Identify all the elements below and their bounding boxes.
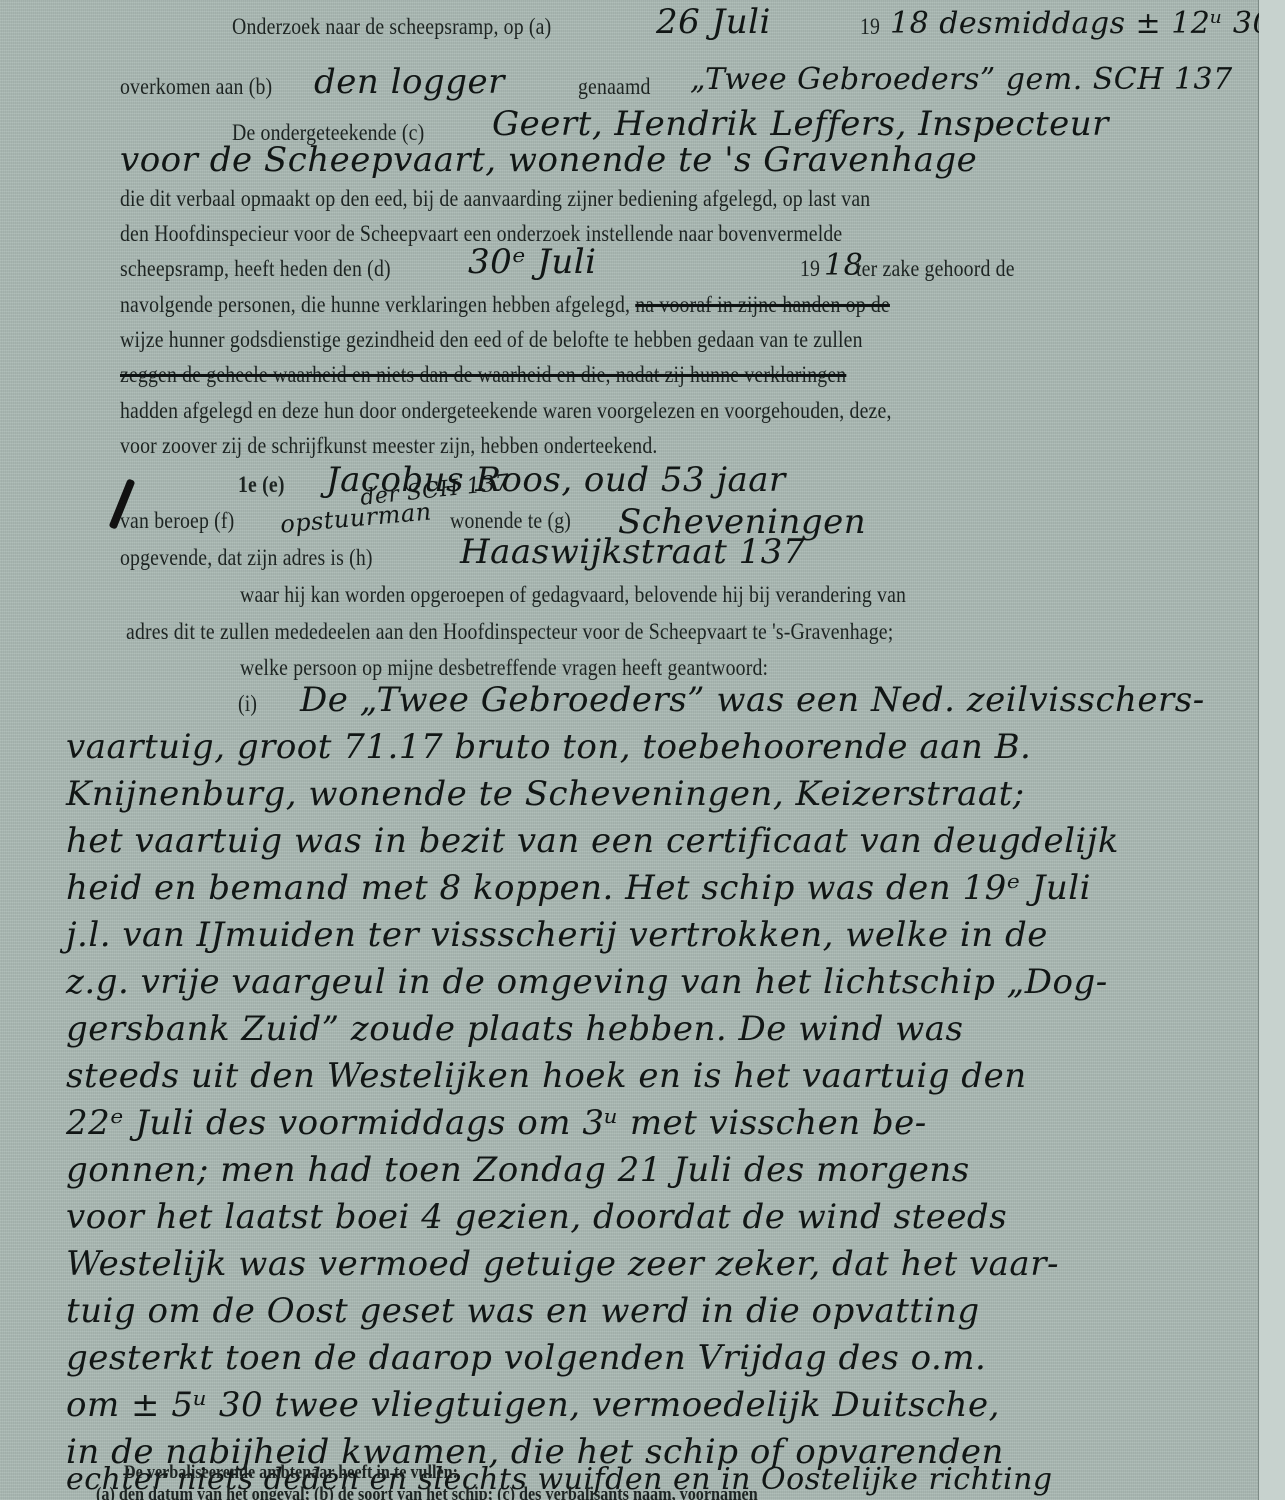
hand-accident-date: 26 Juli — [656, 2, 771, 42]
footer-title: De verbaliseerende ambtenaar heeft in te… — [124, 1462, 458, 1484]
year-prefix: 19 — [860, 14, 880, 40]
statement-line: 22ᵉ Juli des voormiddags om 3ᵘ met vissc… — [66, 1103, 927, 1143]
year-prefix: 19 — [800, 256, 820, 282]
statement-line: het vaartuig was in bezit van een certif… — [66, 821, 1119, 861]
hand-inspector-name: Geert, Hendrik Leffers, Inspecteur — [492, 104, 1109, 144]
text-line: ter zake gehoord de — [856, 256, 1015, 282]
text-line: die dit verbaal opmaakt op den eed, bij … — [120, 186, 870, 212]
scan-margin — [1259, 0, 1285, 1500]
hand-hearing-date: 30ᵉ Juli — [468, 242, 597, 282]
label-residence: wonende te (g) — [450, 508, 571, 534]
hand-address: Haaswijkstraat 137 — [460, 532, 805, 572]
statement-line: gersbank Zuid” zoude plaats hebben. De w… — [66, 1009, 964, 1049]
text-line: welke persoon op mijne desbetreffende vr… — [240, 655, 768, 681]
label-vessel: overkomen aan (b) — [120, 74, 272, 100]
struck-text: na vooraf in zijne handen op de — [635, 292, 890, 317]
hand-vessel-type: den logger — [314, 62, 505, 102]
statement-line: vaartuig, groot 71.17 bruto ton, toebeho… — [66, 727, 1031, 767]
hand-vessel-name: „Twee Gebroeders” gem. SCH 137 — [690, 62, 1233, 97]
statement-line: Knijnenburg, wonende te Scheveningen, Ke… — [66, 774, 1025, 814]
statement-line: voor het laatst boei 4 gezien, doordat d… — [66, 1197, 1007, 1237]
statement-line: z.g. vrije vaargeul in de omgeving van h… — [66, 962, 1108, 1002]
text-line: waar hij kan worden opgeroepen of gedagv… — [240, 582, 906, 608]
text-line: wijze hunner godsdienstige gezindheid de… — [120, 327, 863, 353]
statement-line: om ± 5ᵘ 30 twee vliegtuigen, vermoedelij… — [66, 1385, 1000, 1425]
form-line-date: Onderzoek naar de scheepsramp, op (a) — [232, 14, 603, 40]
statement-line: gonnen; men had toen Zondag 21 Juli des … — [66, 1150, 970, 1190]
footer-line: (a) den datum van het ongeval; (b) de so… — [96, 1484, 758, 1500]
text-line: navolgende personen, die hunne verklarin… — [120, 292, 890, 318]
statement-line: De „Twee Gebroeders” was een Ned. zeilvi… — [300, 680, 1205, 720]
text-line: adres dit te zullen mededeelen aan den H… — [126, 619, 893, 645]
label-named: genaamd — [578, 74, 651, 100]
hand-inspector-title: voor de Scheepvaart, wonende te 's Grave… — [120, 140, 977, 180]
text-line: voor zoover zij de schrijfkunst meester … — [120, 433, 658, 459]
statement-line: tuig om de Oost geset was en werd in die… — [66, 1291, 980, 1331]
label-date: Onderzoek naar de scheepsramp, op (a) — [232, 14, 551, 40]
label-address: opgevende, dat zijn adres is (h) — [120, 545, 373, 571]
label-answer: (i) — [238, 691, 257, 717]
text-line: hadden afgelegd en deze hun door onderge… — [120, 398, 892, 424]
statement-line: heid en bemand met 8 koppen. Het schip w… — [66, 868, 1091, 908]
statement-line: Westelijk was vermoed getuige zeer zeker… — [66, 1244, 1059, 1284]
label-witness: 1e (e) — [238, 472, 285, 498]
struck-text: zeggen de geheele waarheid en niets dan … — [120, 362, 846, 388]
text-span: navolgende personen, die hunne verklarin… — [120, 292, 630, 317]
label-profession: van beroep (f) — [120, 508, 234, 534]
label-hearing-date: scheepsramp, heeft heden den (d) — [120, 256, 391, 282]
statement-line: gesterkt toen de daarop volgenden Vrijda… — [66, 1338, 986, 1378]
hand-year-time: 18 desmiddags ± 12ᵘ 30 — [890, 6, 1272, 41]
document-page: Onderzoek naar de scheepsramp, op (a) 26… — [0, 0, 1259, 1500]
statement-line: j.l. van IJmuiden ter vissscherij vertro… — [66, 915, 1048, 955]
statement-line: steeds uit den Westelijken hoek en is he… — [66, 1056, 1027, 1096]
